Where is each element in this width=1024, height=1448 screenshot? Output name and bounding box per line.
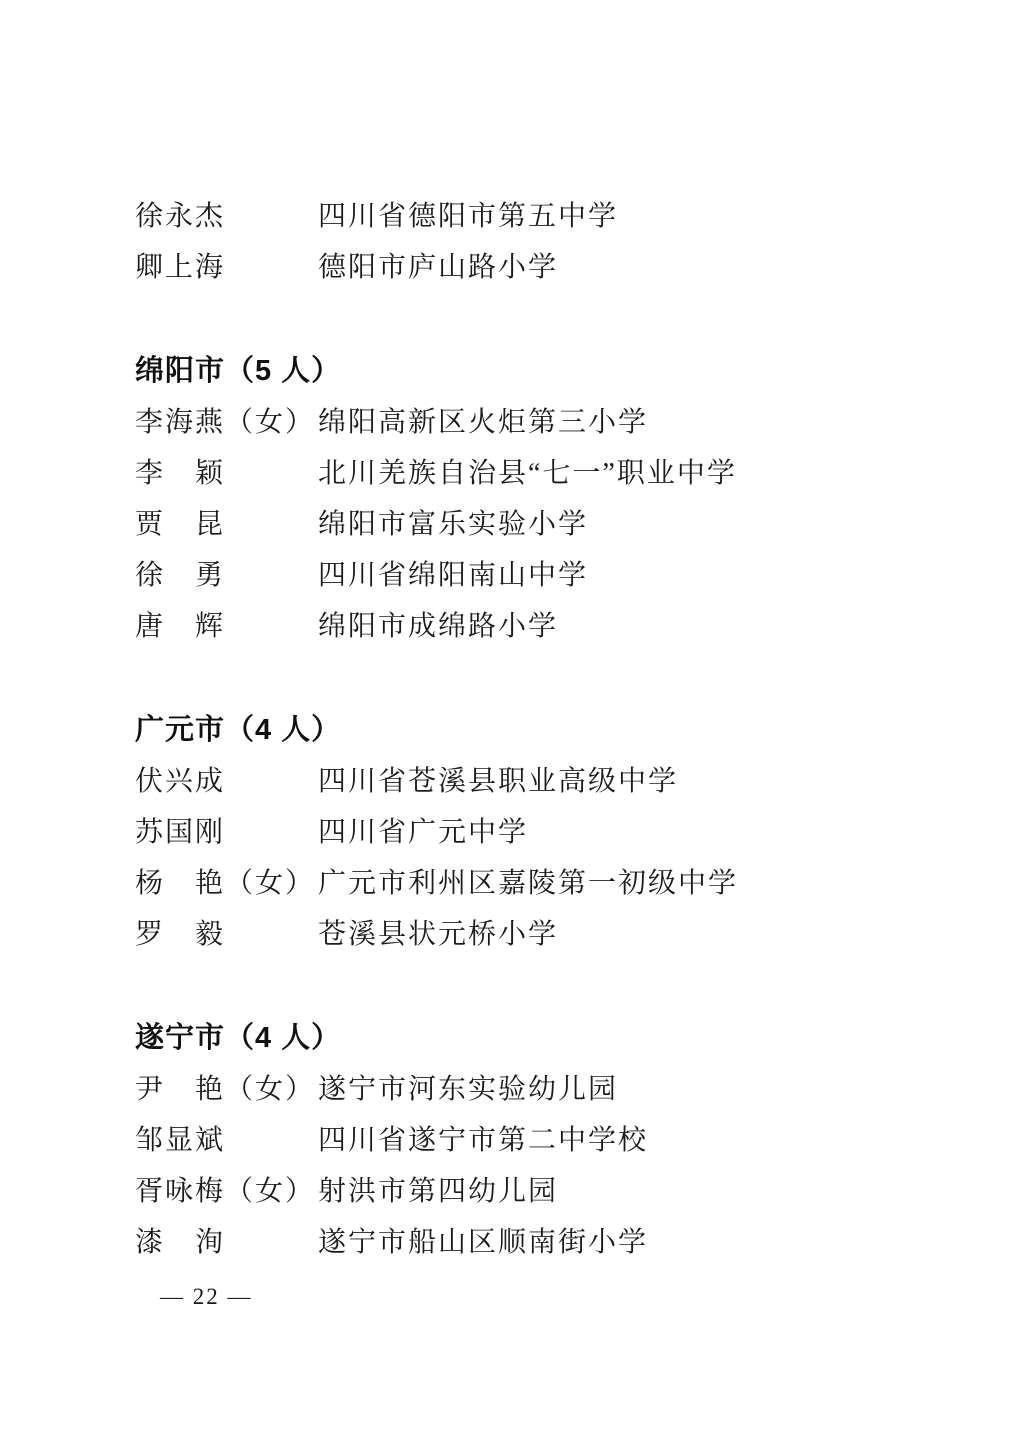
roster-row: 李海燕（女） 绵阳高新区火炬第三小学 — [135, 394, 964, 445]
person-name: 徐 勇 — [135, 553, 318, 593]
school-name: 德阳市庐山路小学 — [318, 245, 558, 285]
roster-row: 苏国刚 四川省广元中学 — [135, 804, 964, 855]
roster-row: 伏兴成 四川省苍溪县职业高级中学 — [135, 753, 964, 804]
school-name: 遂宁市船山区顺南街小学 — [318, 1220, 648, 1260]
school-name: 射洪市第四幼儿园 — [318, 1169, 558, 1209]
school-name: 北川羌族自治县“七一”职业中学 — [318, 451, 737, 491]
person-name: 漆 洵 — [135, 1220, 318, 1260]
person-name: 胥咏梅（女） — [135, 1169, 318, 1209]
roster-row: 唐 辉 绵阳市成绵路小学 — [135, 598, 964, 649]
school-name: 四川省苍溪县职业高级中学 — [318, 759, 678, 799]
school-name: 绵阳市成绵路小学 — [318, 604, 558, 644]
person-name: 杨 艳（女） — [135, 861, 318, 901]
roster-row: 徐永杰 四川省德阳市第五中学 — [135, 188, 964, 239]
section-header-guangyuan: 广元市（4 人） — [135, 702, 964, 753]
section-header-suining: 遂宁市（4 人） — [135, 1010, 964, 1061]
school-name: 四川省遂宁市第二中学校 — [318, 1118, 648, 1158]
roster-row: 贾 昆 绵阳市富乐实验小学 — [135, 496, 964, 547]
person-name: 卿上海 — [135, 245, 318, 285]
roster-row: 尹 艳（女） 遂宁市河东实验幼儿园 — [135, 1061, 964, 1112]
school-name: 四川省广元中学 — [318, 810, 528, 850]
page-number: — 22 — — [160, 1284, 253, 1310]
roster-row: 漆 洵 遂宁市船山区顺南街小学 — [135, 1214, 964, 1265]
person-name: 唐 辉 — [135, 604, 318, 644]
person-name: 贾 昆 — [135, 502, 318, 542]
person-name: 李 颖 — [135, 451, 318, 491]
roster-row: 杨 艳（女） 广元市利州区嘉陵第一初级中学 — [135, 855, 964, 906]
person-name: 苏国刚 — [135, 810, 318, 850]
school-name: 广元市利州区嘉陵第一初级中学 — [318, 861, 738, 901]
person-name: 邹显斌 — [135, 1118, 318, 1158]
document-page: 徐永杰 四川省德阳市第五中学 卿上海 德阳市庐山路小学 绵阳市（5 人） 李海燕… — [0, 0, 1024, 1448]
school-name: 遂宁市河东实验幼儿园 — [318, 1067, 618, 1107]
roster-row: 李 颖 北川羌族自治县“七一”职业中学 — [135, 445, 964, 496]
school-name: 绵阳市富乐实验小学 — [318, 502, 588, 542]
school-name: 绵阳高新区火炬第三小学 — [318, 400, 648, 440]
school-name: 四川省绵阳南山中学 — [318, 553, 588, 593]
roster-row: 邹显斌 四川省遂宁市第二中学校 — [135, 1112, 964, 1163]
person-name: 伏兴成 — [135, 759, 318, 799]
school-name: 四川省德阳市第五中学 — [318, 194, 618, 234]
roster-row: 卿上海 德阳市庐山路小学 — [135, 239, 964, 290]
person-name: 尹 艳（女） — [135, 1067, 318, 1107]
roster-row: 罗 毅 苍溪县状元桥小学 — [135, 906, 964, 957]
person-name: 罗 毅 — [135, 912, 318, 952]
school-name: 苍溪县状元桥小学 — [318, 912, 558, 952]
section-header-mianyang: 绵阳市（5 人） — [135, 343, 964, 394]
person-name: 徐永杰 — [135, 194, 318, 234]
roster-row: 胥咏梅（女） 射洪市第四幼儿园 — [135, 1163, 964, 1214]
roster-row: 徐 勇 四川省绵阳南山中学 — [135, 547, 964, 598]
roster-content: 徐永杰 四川省德阳市第五中学 卿上海 德阳市庐山路小学 绵阳市（5 人） 李海燕… — [135, 188, 964, 1265]
person-name: 李海燕（女） — [135, 400, 318, 440]
